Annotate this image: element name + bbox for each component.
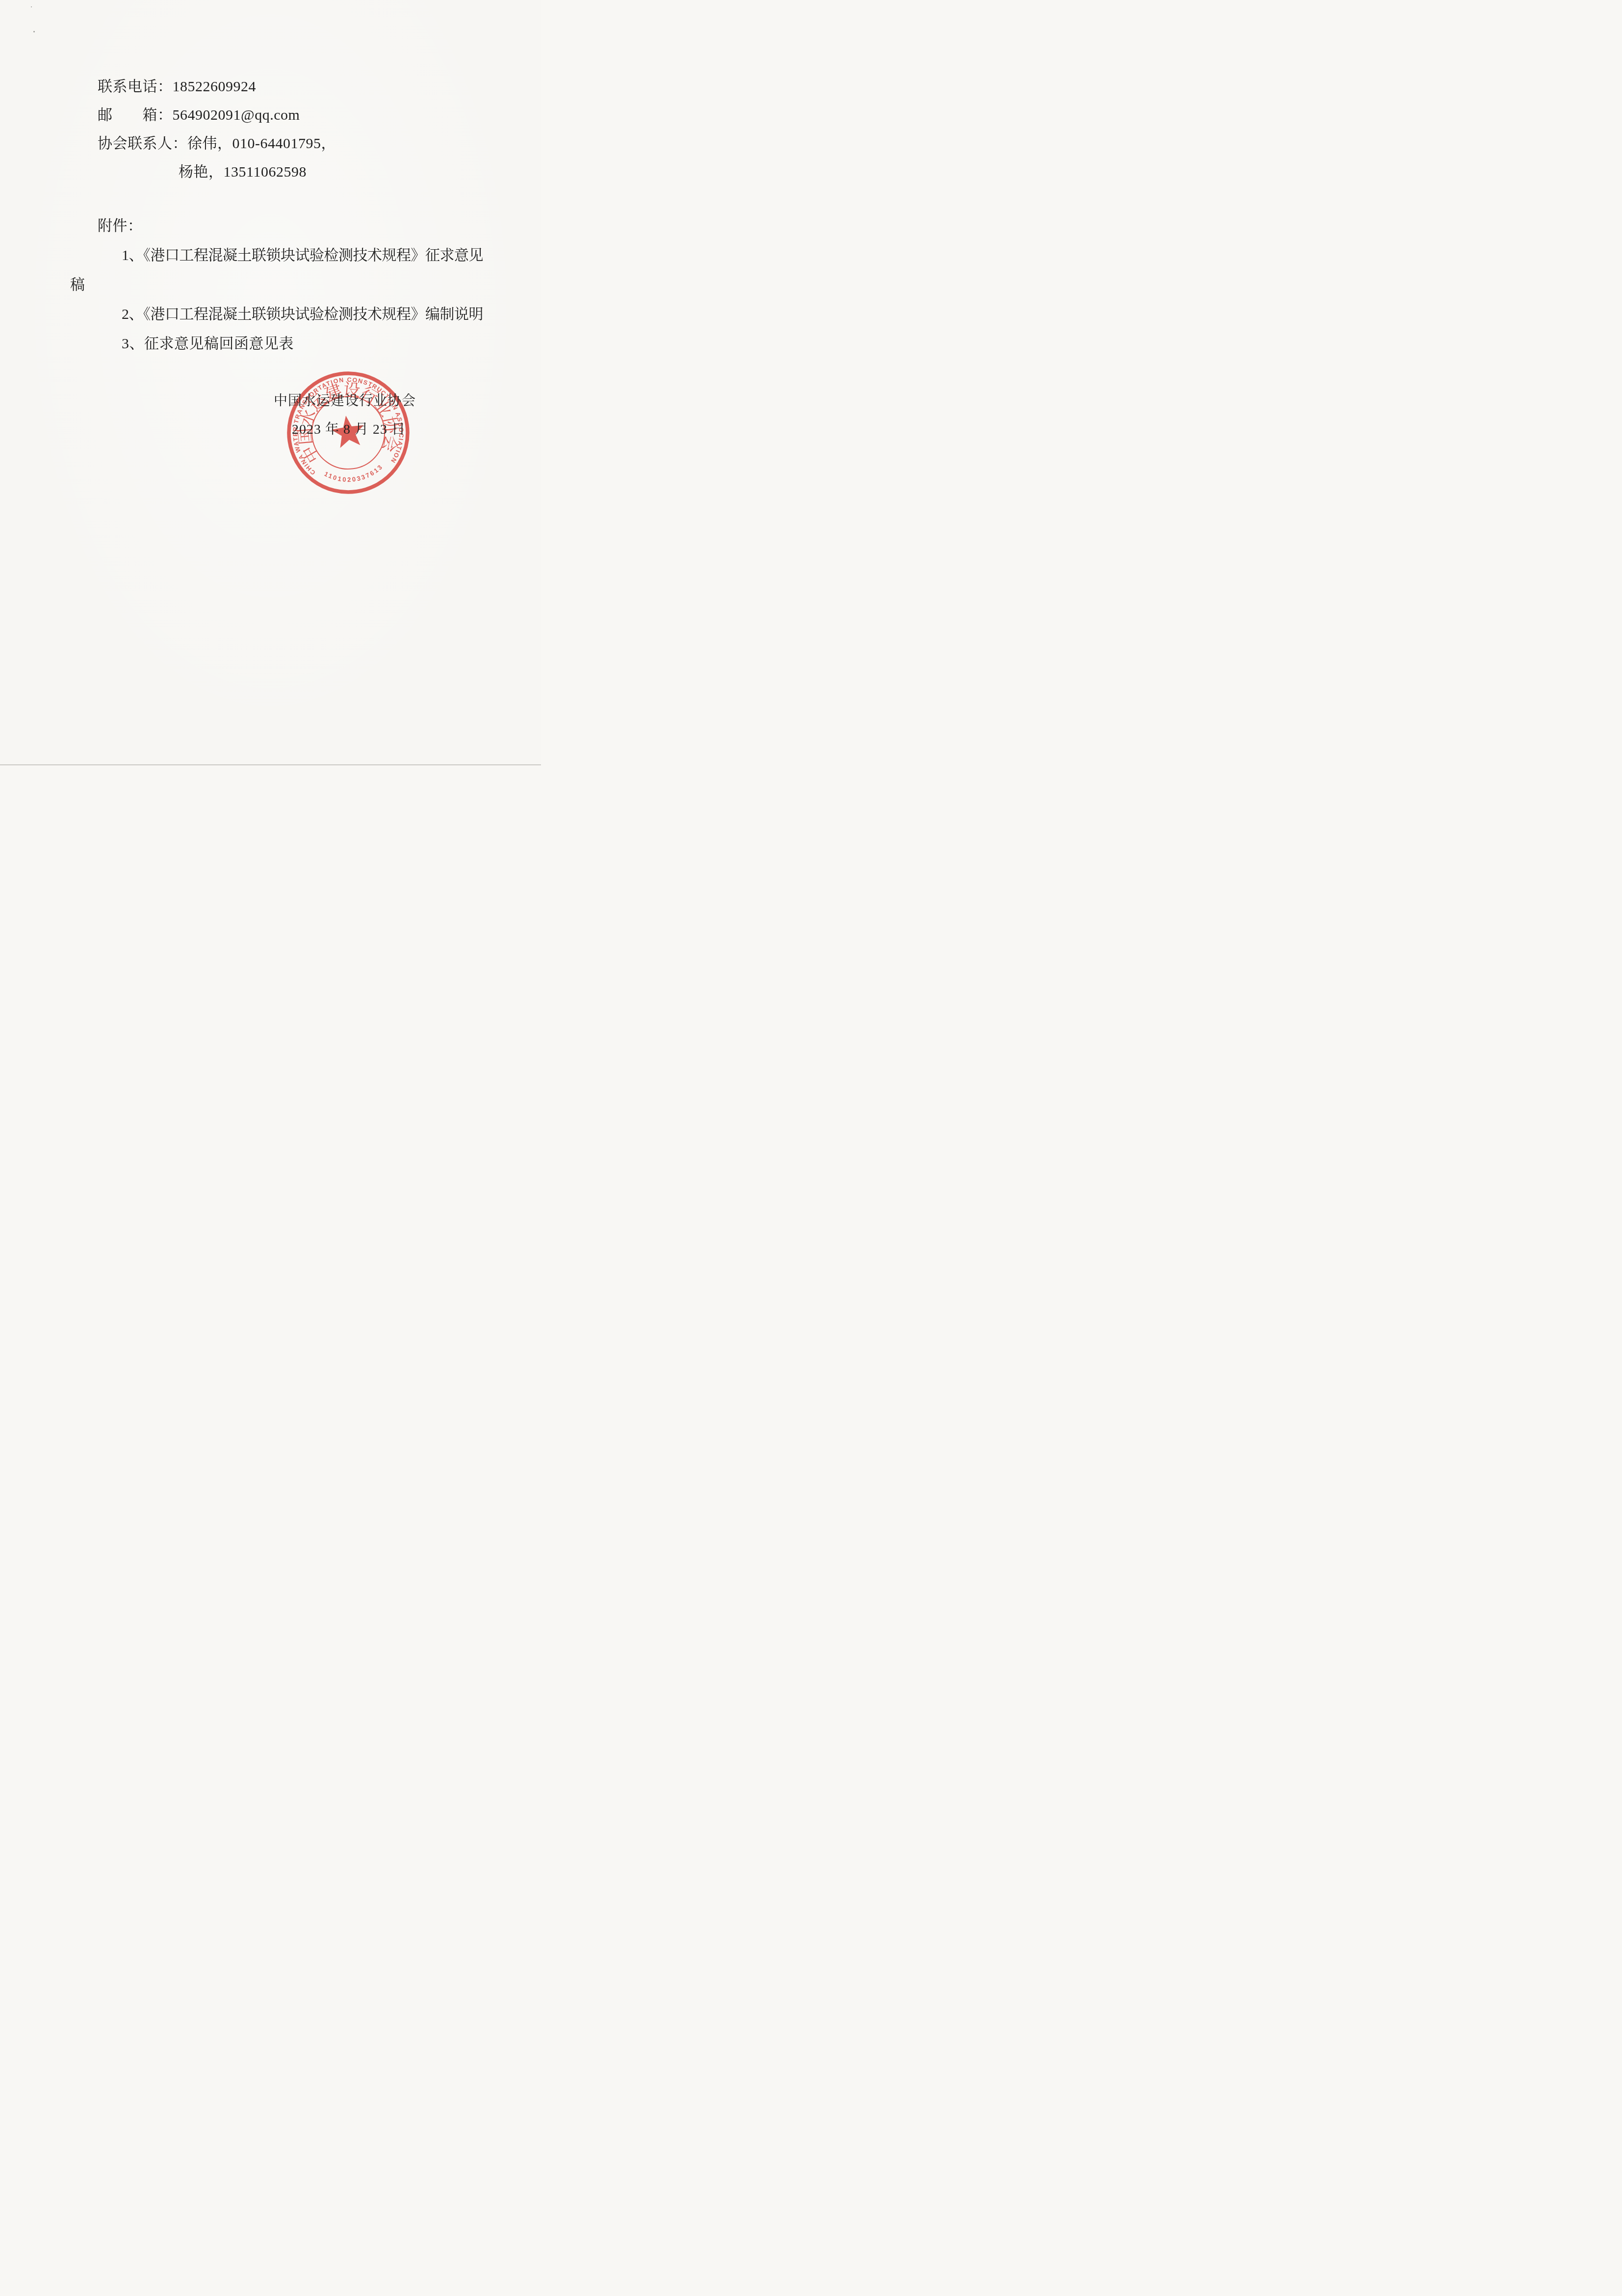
attachment-item-1: 1、《港口工程混凝土联锁块试验检测技术规程》征求意见 bbox=[122, 247, 483, 264]
attachment-item-1-wrap: 稿 bbox=[70, 276, 85, 294]
association-contact-line-2: 杨艳，13511062598 bbox=[179, 163, 307, 181]
scan-speck bbox=[31, 6, 32, 7]
signature-date: 2023 年 8 月 23 日 bbox=[292, 421, 406, 438]
document-page: 联系电话：18522609924 邮 箱：564902091@qq.com 协会… bbox=[0, 0, 541, 765]
scan-speck bbox=[33, 31, 35, 32]
attachment-item-3: 3、征求意见稿回函意见表 bbox=[122, 335, 294, 353]
contact-email-line: 邮 箱：564902091@qq.com bbox=[98, 106, 300, 124]
association-contact-line-1: 协会联系人：徐伟，010-64401795， bbox=[98, 135, 336, 153]
signature-organization: 中国水运建设行业协会 bbox=[274, 393, 416, 410]
contact-phone-line: 联系电话：18522609924 bbox=[98, 78, 256, 96]
scan-edge-artifact bbox=[0, 764, 541, 765]
attachment-item-2: 2、《港口工程混凝土联锁块试验检测技术规程》编制说明 bbox=[122, 306, 483, 323]
attachments-label: 附件： bbox=[98, 217, 143, 235]
